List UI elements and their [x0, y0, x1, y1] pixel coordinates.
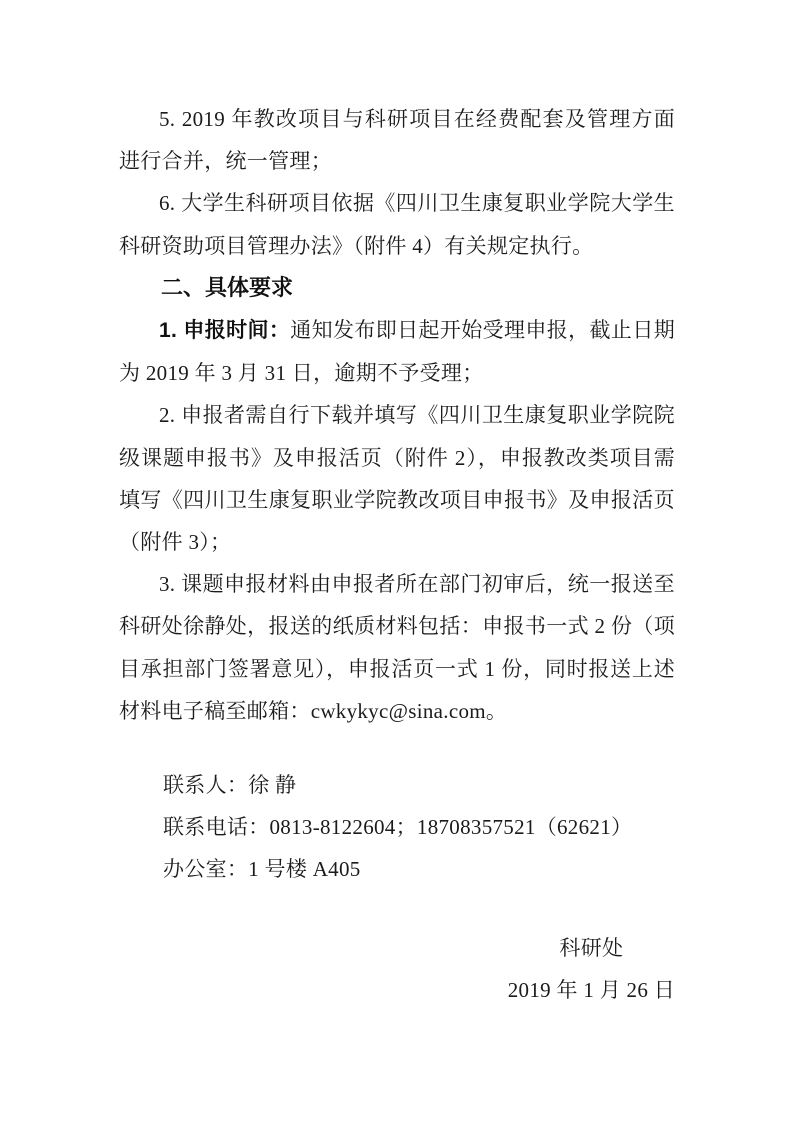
paragraph-item-5: 5. 2019 年教改项目与科研项目在经费配套及管理方面进行合并，统一管理；: [119, 98, 675, 182]
contact-person-line: 联系人：徐 静: [119, 764, 675, 806]
signature-department: 科研处: [508, 927, 675, 969]
contact-office-line: 办公室：1 号楼 A405: [119, 848, 675, 890]
section-heading: 二、具体要求: [119, 267, 675, 309]
paragraph-item-1: 1. 申报时间：通知发布即日起开始受理申报，截止日期为 2019 年 3 月 3…: [119, 309, 675, 394]
signature-date: 2019 年 1 月 26 日: [508, 969, 675, 1011]
signature-block: 科研处 2019 年 1 月 26 日: [508, 927, 675, 1011]
document-page: 5. 2019 年教改项目与科研项目在经费配套及管理方面进行合并，统一管理； 6…: [0, 0, 793, 1122]
item-1-bold-label: 1. 申报时间：: [159, 319, 290, 342]
contact-phone-line: 联系电话：0813-8122604；18708357521（62621）: [119, 806, 675, 848]
paragraph-item-2: 2. 申报者需自行下载并填写《四川卫生康复职业学院院级课题申报书》及申报活页（附…: [119, 394, 675, 563]
blank-line: [119, 732, 675, 764]
paragraph-item-6: 6. 大学生科研项目依据《四川卫生康复职业学院大学生科研资助项目管理办法》（附件…: [119, 182, 675, 266]
paragraph-item-3: 3. 课题申报材料由申报者所在部门初审后，统一报送至科研处徐静处，报送的纸质材料…: [119, 563, 675, 732]
